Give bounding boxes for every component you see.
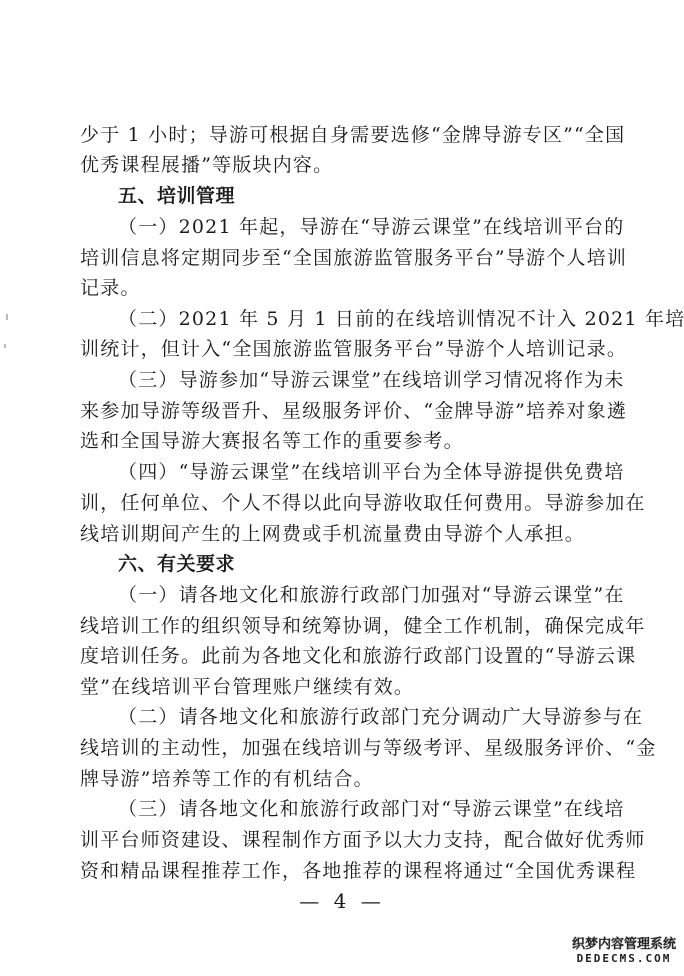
watermark-subtitle: DEDECMS.COM [572, 953, 676, 964]
text-line: （二）2021 年 5 月 1 日前的在线培训情况不计入 2021 年培 [118, 304, 610, 334]
scan-artifact [4, 344, 6, 348]
text-line: （一）2021 年起，导游在“导游云课堂”在线培训平台的 [118, 212, 610, 242]
document-page: 少于 1 小时；导游可根据自身需要选修“金牌导游专区”“全国 优秀课程展播”等版… [0, 0, 684, 976]
text-line: 训，任何单位、个人不得以此向导游收取任何费用。导游参加在 [80, 488, 610, 518]
page-number: — 4 — [0, 886, 684, 916]
scan-artifact [6, 314, 8, 320]
text-line: 度培训任务。此前为各地文化和旅游行政部门设置的“导游云课 [80, 641, 610, 671]
text-line: 牌导游”培养等工作的有机结合。 [80, 764, 610, 794]
text-line: 训统计，但计入“全国旅游监管服务平台”导游个人培训记录。 [80, 334, 610, 364]
text-line: （二）请各地文化和旅游行政部门充分调动广大导游参与在 [118, 702, 610, 732]
text-line: 资和精品课程推荐工作，各地推荐的课程将通过“全国优秀课程 [80, 856, 610, 886]
text-line: 少于 1 小时；导游可根据自身需要选修“金牌导游专区”“全国 [80, 120, 610, 150]
text-line: 线培训工作的组织领导和统筹协调，健全工作机制，确保完成年 [80, 611, 610, 641]
text-line: （三）导游参加“导游云课堂”在线培训学习情况将作为未 [118, 365, 610, 395]
text-line: 来参加导游等级晋升、星级服务评价、“金牌导游”培养对象遴 [80, 396, 610, 426]
text-line: 堂”在线培训平台管理账户继续有效。 [80, 672, 610, 702]
text-line: 线培训的主动性，加强在线培训与等级考评、星级服务评价、“金 [80, 733, 610, 763]
text-line: 优秀课程展播”等版块内容。 [80, 150, 610, 180]
text-line: 记录。 [80, 273, 610, 303]
text-line: （三）请各地文化和旅游行政部门对“导游云课堂”在线培 [118, 794, 610, 824]
text-line: （四）“导游云课堂”在线培训平台为全体导游提供免费培 [118, 457, 610, 487]
text-line: 线培训期间产生的上网费或手机流量费由导游个人承担。 [80, 519, 610, 549]
text-line: （一）请各地文化和旅游行政部门加强对“导游云课堂”在 [118, 580, 610, 610]
text-line: 选和全国导游大赛报名等工作的重要参考。 [80, 426, 610, 456]
section-heading-training-management: 五、培训管理 [118, 181, 610, 211]
watermark-title: 织梦内容管理系统 [572, 938, 676, 951]
text-line: 培训信息将定期同步至“全国旅游监管服务平台”导游个人培训 [80, 243, 610, 273]
watermark-logo: 织梦内容管理系统 DEDECMS.COM [572, 938, 676, 964]
section-heading-requirements: 六、有关要求 [118, 549, 610, 579]
text-line: 训平台师资建设、课程制作方面予以大力支持，配合做好优秀师 [80, 825, 610, 855]
